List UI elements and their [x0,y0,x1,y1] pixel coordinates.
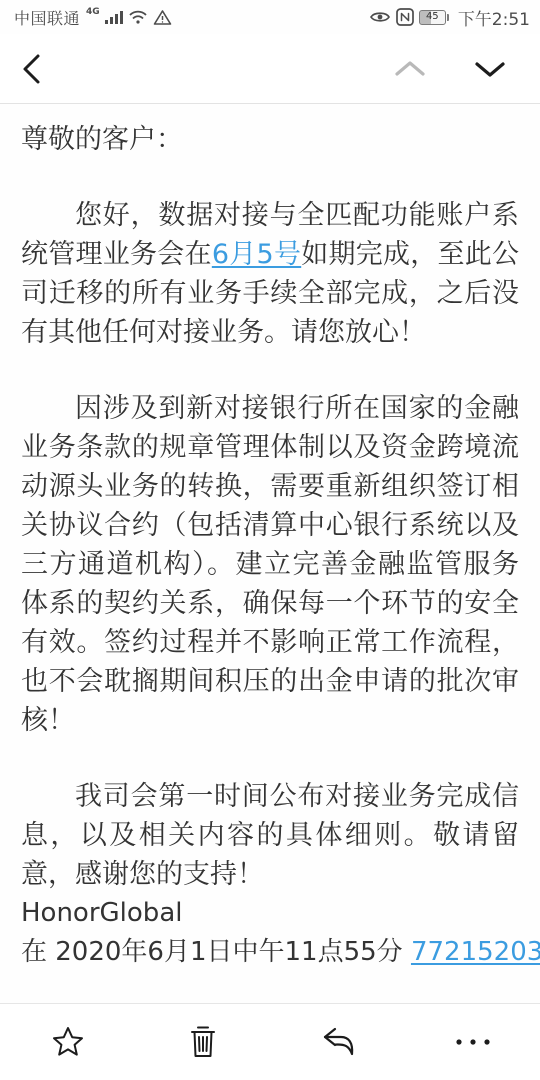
back-icon[interactable] [10,47,54,91]
paragraph-3: 我司会第一时间公布对接业务完成信息，以及相关内容的具体细则。敬请留意，感谢您的支… [21,777,519,894]
clock-label: 下午2:51 [458,5,530,30]
date-link[interactable]: 6月5号 [212,239,301,270]
dateline-text: 在 2020年6月1日中午11点55分 [21,937,411,967]
signature-line: HonorGlobal [21,894,519,933]
email-body: 尊敬的客户： 您好，数据对接与全匹配功能账户系统管理业务会在6月5号如期完成，至… [0,104,540,972]
warning-triangle-icon [153,9,172,26]
battery-level-label: 45 [426,12,439,22]
battery-icon: 45 [419,10,449,25]
star-button[interactable] [0,1004,135,1080]
paragraph-1: 您好，数据对接与全匹配功能账户系统管理业务会在6月5号如期完成，至此公司迁移的所… [21,196,519,352]
nfc-icon [396,8,414,26]
carrier-label: 中国联通 [14,6,80,29]
email-read-screen: 中国联通 4G [0,0,540,1080]
signal-bars-icon [105,9,123,25]
network-type-label: 4G [86,7,100,17]
previous-message-icon[interactable] [388,47,432,91]
wifi-icon [128,9,148,25]
reply-button[interactable] [270,1004,405,1080]
status-bar: 中国联通 4G [0,0,540,34]
greeting-line: 尊敬的客户： [21,120,519,159]
delete-button[interactable] [135,1004,270,1080]
eye-comfort-icon [369,9,391,25]
nav-bar [0,34,540,104]
sender-id-link[interactable]: 772152037 [411,937,540,967]
next-message-icon[interactable] [468,47,512,91]
quoted-dateline: 在 2020年6月1日中午11点55分 772152037 [21,933,519,972]
bottom-toolbar [0,1003,540,1080]
paragraph-2: 因涉及到新对接银行所在国家的金融业务条款的规章管理体制以及资金跨境流动源头业务的… [21,389,519,740]
more-options-button[interactable] [405,1004,540,1080]
